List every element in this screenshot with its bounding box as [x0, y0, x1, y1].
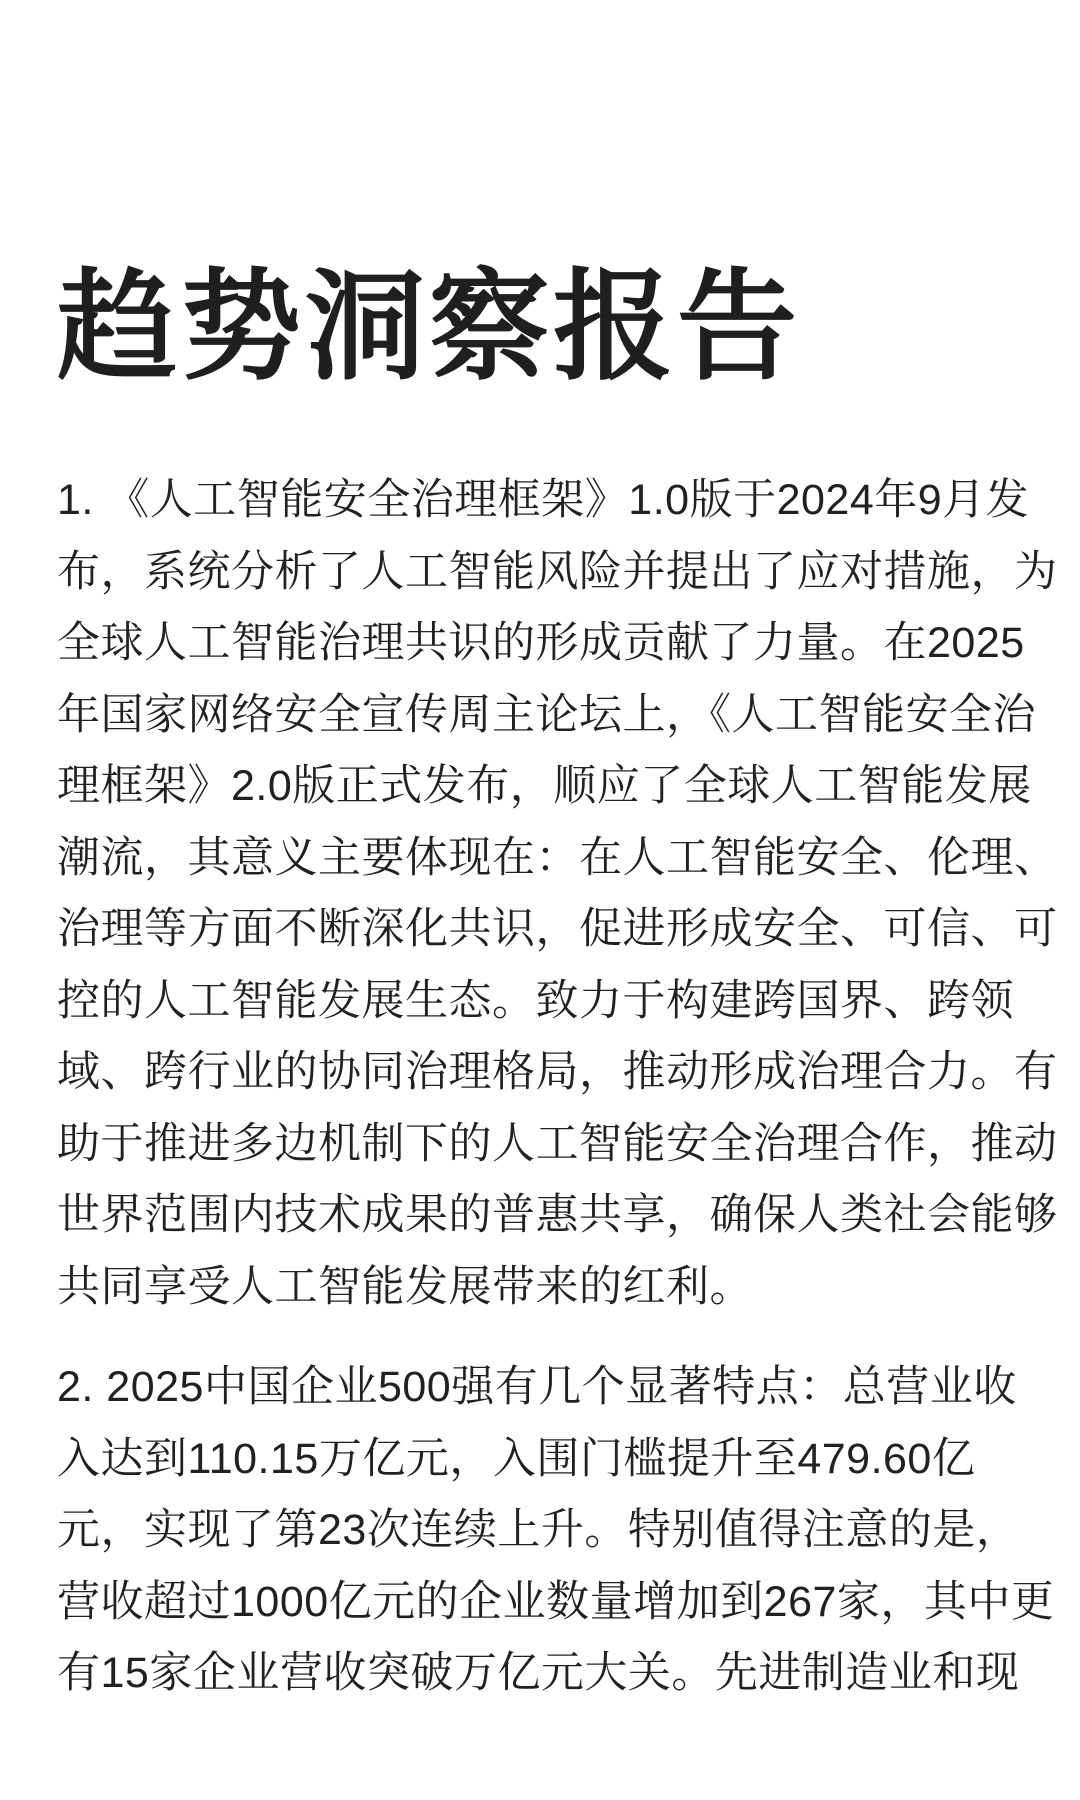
text-line: 布，系统分析了人工智能风险并提出了应对措施，为	[57, 537, 1050, 609]
text-line: 全球人工智能治理共识的形成贡献了力量。在2025	[57, 608, 1050, 680]
text-line: 营收超过1000亿元的企业数量增加到267家，其中更	[57, 1567, 1050, 1639]
text-line: 年国家网络安全宣传周主论坛上，《人工智能安全治	[57, 680, 1050, 752]
report-page: 趋势洞察报告 1. 《人工智能安全治理框架》1.0版于2024年9月发布，系统分…	[0, 0, 1080, 1800]
text-line: 共同享受人工智能发展带来的红利。	[57, 1252, 1050, 1324]
text-line: 元，实现了第23次连续上升。特别值得注意的是，	[57, 1495, 1050, 1567]
text-line: 理框架》2.0版正式发布，顺应了全球人工智能发展	[57, 751, 1050, 823]
text-line: 2. 2025中国企业500强有几个显著特点：总营业收	[57, 1352, 1050, 1424]
paragraph-china-top500: 2. 2025中国企业500强有几个显著特点：总营业收入达到110.15万亿元，…	[57, 1352, 1050, 1710]
text-line: 控的人工智能发展生态。致力于构建跨国界、跨领	[57, 966, 1050, 1038]
text-line: 世界范围内技术成果的普惠共享，确保人类社会能够	[57, 1180, 1050, 1252]
page-title: 趋势洞察报告	[57, 0, 1050, 397]
text-line: 1. 《人工智能安全治理框架》1.0版于2024年9月发	[57, 465, 1050, 537]
text-line: 有15家企业营收突破万亿元大关。先进制造业和现	[57, 1638, 1050, 1710]
text-line: 治理等方面不断深化共识，促进形成安全、可信、可	[57, 894, 1050, 966]
text-line: 域、跨行业的协同治理格局，推动形成治理合力。有	[57, 1037, 1050, 1109]
text-line: 潮流，其意义主要体现在：在人工智能安全、伦理、	[57, 823, 1050, 895]
text-line: 助于推进多边机制下的人工智能安全治理合作，推动	[57, 1109, 1050, 1181]
paragraph-ai-governance: 1. 《人工智能安全治理框架》1.0版于2024年9月发布，系统分析了人工智能风…	[57, 465, 1050, 1323]
text-line: 入达到110.15万亿元，入围门槛提升至479.60亿	[57, 1424, 1050, 1496]
